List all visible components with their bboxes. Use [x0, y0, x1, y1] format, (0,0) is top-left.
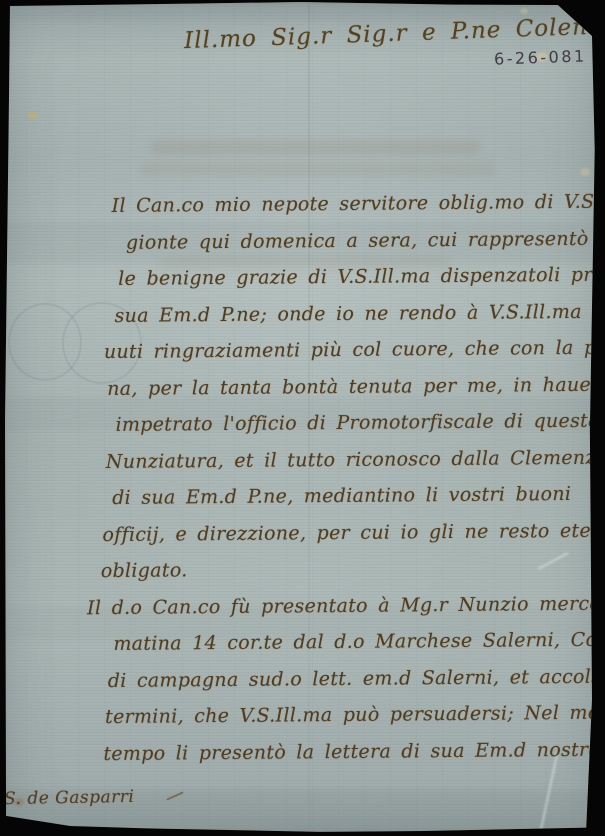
manuscript-line: impetrato l'officio di Promotorfiscale d…: [115, 403, 574, 444]
paper-stain: [580, 168, 590, 176]
manuscript-line: matina 14 cor.te dal d.o Marchese Salern…: [113, 622, 576, 663]
pen-mark: [166, 791, 183, 800]
manuscript-line: Nunziatura, et il tutto riconosco dalla …: [106, 439, 575, 480]
letter-body: Il Can.co mio nepote servitore oblig.mo …: [97, 184, 577, 772]
ink-bleedthrough: [150, 140, 480, 155]
manuscript-line: na, per la tanta bontà tenuta per me, in…: [107, 366, 574, 407]
ink-bleedthrough: [140, 163, 495, 176]
paper-stain: [28, 112, 37, 119]
paragraph-1: Il Can.co mio nepote servitore oblig.mo …: [97, 184, 575, 590]
manuscript-line: Il d.o Can.co fù presentato à Mg.r Nunzi…: [87, 585, 576, 626]
manuscript-line: officij, e direzzione, per cui io gli ne…: [102, 512, 575, 553]
paragraph-2: Il d.o Can.co fù presentato à Mg.r Nunzi…: [101, 585, 578, 772]
catalog-number: 6-26-081: [494, 46, 587, 68]
manuscript-line: sua Em.d P.ne; onde io ne rendo à V.S.Il…: [114, 293, 573, 334]
letter-page: Ill.mo Sig.r Sig.r e P.ne Colend.mo 6-26…: [0, 0, 605, 836]
manuscript-line: di sua Em.d P.ne, mediantino li vostri b…: [112, 476, 575, 517]
paper-stain: [520, 8, 528, 14]
manuscript-line: obligato.: [101, 549, 576, 590]
manuscript-line: uuti ringraziamenti più col cuore, che c…: [104, 330, 574, 371]
manuscript-line: di campagna sud.o lett. em.d Salerni, et…: [108, 658, 577, 699]
manuscript-line: tempo li presentò la lettera di sua Em.d…: [103, 731, 577, 772]
scan-background: Ill.mo Sig.r Sig.r e P.ne Colend.mo 6-26…: [0, 0, 605, 836]
manuscript-line: le benigne grazie di V.S.Ill.ma dispenza…: [118, 257, 573, 297]
archivist-annotation: S. de Gasparri: [4, 787, 135, 809]
manuscript-line: gionte qui domenica a sera, cui rapprese…: [126, 220, 573, 260]
manuscript-line: Il Can.co mio nepote servitore oblig.mo …: [111, 184, 572, 225]
manuscript-line: termini, che V.S.Ill.ma può persuadersi;…: [105, 695, 577, 736]
